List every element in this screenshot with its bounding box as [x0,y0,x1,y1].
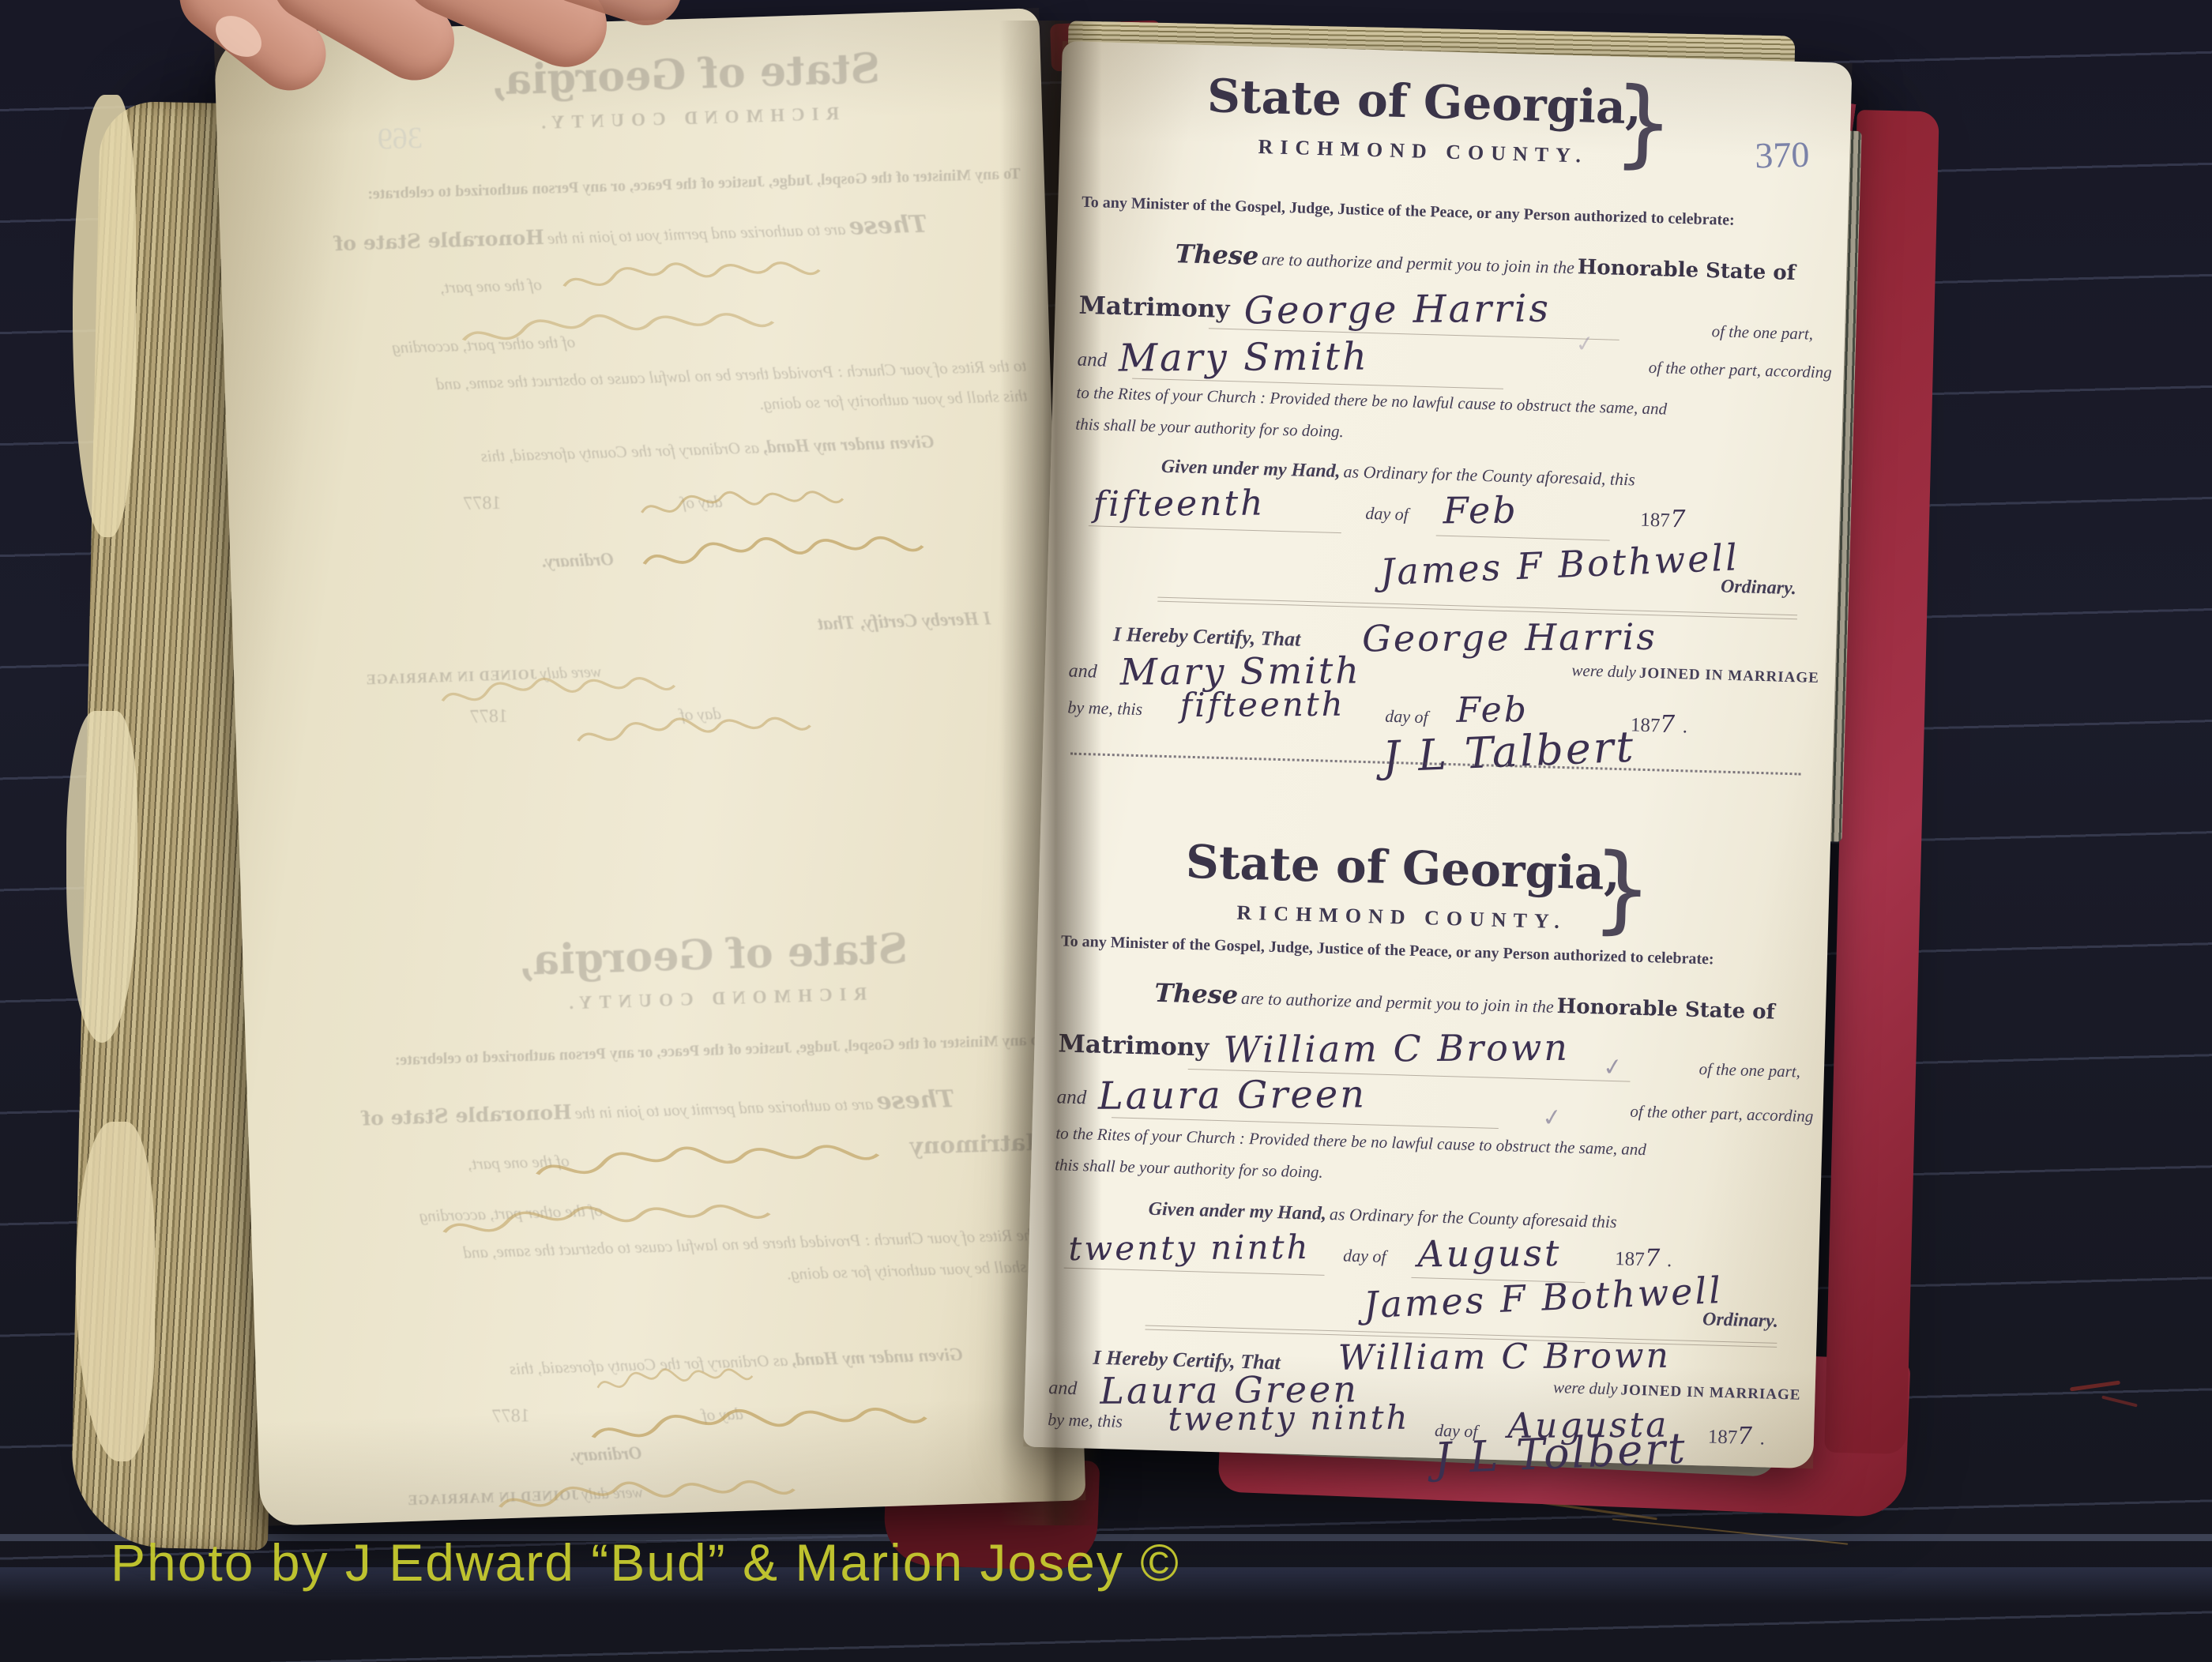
groom-name-handwritten: William C Brown [1223,1026,1570,1071]
mirrored-form-line: Given under my Hand, as Ordinary for the… [480,432,934,467]
mirrored-given-rest: as Ordinary for the County aforesaid, th… [510,1351,788,1378]
year-digit-handwritten: 7 [1737,1423,1755,1450]
year-digit-handwritten: 7 [1645,1244,1662,1272]
mirrored-were-duly: were duly [540,664,601,682]
year-suffix: . [1755,1427,1765,1449]
mirrored-these: These [876,1085,955,1115]
mirrored-county-text: RICHMOND COUNTY. [359,977,1070,1020]
authorize-text: are to authorize and permit you to join … [1262,249,1574,277]
year-suffix: . [1677,716,1687,737]
certificate-2-header: State of Georgia, RICHMOND COUNTY. [1038,831,1767,940]
photo-of-marriage-record-book: 369 State of Georgia, RICHMOND COUNTY. T… [0,0,2212,1662]
license-month-handwritten: Feb [1443,489,1518,532]
day-of-label: day of [1365,503,1409,525]
mirrored-form-line: These are to authorize and permit you to… [334,211,927,258]
checkmark: ✓ [1574,329,1596,358]
bride-name-handwritten: Mary Smith [1118,334,1368,380]
mirrored-honorable: Honorable State of [362,1100,572,1130]
bride-name-handwritten: Laura Green [1097,1072,1367,1118]
ordinary-signature-handwritten: James F Bothwell [1379,536,1740,593]
day-of-label: day of [1343,1246,1386,1268]
mirrored-form-line: of the one part, [468,1151,570,1174]
mirrored-form-line: were duly JOINED IN MARRIAGE [365,664,601,689]
joined-label: JOINED IN MARRIAGE [1620,1382,1801,1403]
mirrored-form-line: of the one part, [440,275,542,298]
honorable-label: Honorable State of [1556,995,1775,1025]
mirrored-form-line: To any Minister of the Gospel, Judge, Ju… [394,1031,1048,1070]
year-digit-handwritten: 7 [1660,711,1677,739]
mirrored-form-line: this shall be your authority for so doin… [759,386,1028,415]
groom-line: Matrimony William C Brown [1058,1017,1570,1074]
mirrored-form-line: day of [702,1404,744,1426]
bride-line: and Mary Smith [1077,331,1369,383]
checkmark: ✓ [1540,1104,1563,1134]
left-page: 369 State of Georgia, RICHMOND COUNTY. T… [214,8,1086,1526]
day-of-label: day of [1385,706,1428,728]
were-duly-label: were duly [1553,1378,1618,1398]
honorable-label: Honorable State of [1577,255,1796,285]
groom-name-handwritten: William C Brown [1338,1336,1672,1378]
given-bold: Given ander my Hand, [1148,1199,1326,1224]
mirrored-given: Given under my Hand, [762,432,935,457]
were-duly-label: were duly [1571,660,1636,681]
certify-label: I Hereby Certify, That [1113,622,1301,652]
deckle-bump [73,95,136,537]
mirrored-form-line: day of [680,704,722,725]
mirrored-state-text: State of Georgia, [517,925,908,985]
given-rest: as Ordinary for the County aforesaid thi… [1330,1204,1617,1231]
authorize-line: These are to authorize and permit you to… [1154,978,1775,1025]
license-day-handwritten: fifteenth [1093,483,1266,525]
state-header: State of Georgia, [1206,69,1642,134]
mirrored-joined: JOINED IN MARRIAGE [365,666,537,687]
officiant-signature-handwritten: J L Talbert [1382,721,1637,781]
header-brace: } [1590,833,1653,945]
right-page: 370 State of Georgia, RICHMOND COUNTY. }… [1023,41,1852,1468]
year-printed: 187 [1640,510,1670,532]
joined-label: JOINED IN MARRIAGE [1639,665,1820,686]
address-line: To any Minister of the Gospel, Judge, Ju… [1082,194,1735,230]
mirrored-form-line: were duly JOINED IN MARRIAGE [407,1484,643,1510]
mirrored-joined: JOINED IN MARRIAGE [407,1487,579,1508]
county-header: RICHMOND COUNTY. [1059,130,1786,174]
one-part-label: of the one part, [1711,321,1813,344]
these-label: These [1154,978,1239,1010]
mirrored-form-line: of the other part, according [392,333,576,358]
authority-line: this shall be your authority for so doin… [1075,415,1344,442]
mirrored-form-line: Given under my Hand, as Ordinary for the… [510,1344,963,1379]
rites-line: to the Rites of your Church : Provided t… [1076,383,1667,419]
mirrored-given: Given under my Hand, [791,1344,963,1370]
mirrored-form-line: day of [681,492,723,513]
mirrored-bleedthrough-text: 369 State of Georgia, RICHMOND COUNTY. T… [214,8,1086,1526]
mirrored-given-rest: as Ordinary for the County aforesaid, th… [480,438,759,465]
year-digit-handwritten: 7 [1670,506,1687,533]
year-printed: 187 [1708,1427,1738,1449]
deckle-bump [66,711,137,1043]
mirrored-form-line: These are to authorize and permit you to… [362,1085,955,1132]
county-header: RICHMOND COUNTY. [1038,896,1765,940]
book-gutter-shadow [999,21,1102,1525]
given-rest: as Ordinary for the County aforesaid, th… [1343,461,1635,489]
photographer-watermark: Photo by J Edward “Bud” & Marion Josey © [111,1532,1180,1592]
these-label: These [1175,239,1259,271]
groom-name-handwritten: George Harris [1362,615,1657,660]
other-part-label: of the other part, according [1630,1102,1814,1126]
marriage-year: 1877 . [1707,1422,1765,1451]
mirrored-form-line: Ordinary. [569,1443,642,1466]
mirrored-authorize: are to authorize and permit you to join … [547,220,846,248]
hand [170,0,644,112]
mirrored-form-line: of the other part, according [419,1201,603,1226]
certificate-1-header: State of Georgia, RICHMOND COUNTY. [1059,65,1789,174]
ordinary-label: Ordinary. [1702,1309,1779,1333]
other-part-label: of the other part, according [1648,358,1832,382]
year-suffix: . [1661,1250,1672,1271]
marriage-year: 1877 . [1631,709,1688,739]
license-year: 1877 . [1615,1243,1672,1273]
state-header: State of Georgia, [1185,835,1621,901]
year-printed: 187 [1615,1248,1645,1270]
mirrored-honorable: Honorable State of [334,226,544,255]
marriage-month-handwritten: Feb [1456,690,1529,731]
marriage-day-handwritten: twenty ninth [1168,1398,1409,1438]
mirrored-year: 1877 [470,706,509,728]
bride-line: and Laura Green [1056,1068,1367,1121]
mirrored-form-line: To any Minister of the Gospel, Judge, Ju… [367,165,1021,204]
mirrored-form-line: I Hereby Certify, That [818,608,991,635]
checkmark: ✓ [1601,1053,1624,1083]
license-year: 1877 [1640,505,1688,534]
ordinary-label: Ordinary. [1721,577,1797,600]
mirrored-year: 1877 [463,493,502,515]
groom-line: Matrimony George Harris [1078,279,1552,337]
officiant-signature-handwritten: J L Tolbert [1433,1423,1688,1483]
one-part-label: of the one part, [1698,1059,1800,1082]
mirrored-form-line: to the Rites of your Church : Provided t… [463,1224,1054,1262]
groom-name-handwritten: George Harris [1243,287,1551,333]
mirrored-form-line: Ordinary. [541,549,615,572]
ordinary-signature-handwritten: James F Bothwell [1363,1269,1724,1326]
mirrored-authorize: are to authorize and permit you to join … [574,1094,873,1122]
mirrored-these: These [848,211,927,241]
mirrored-were-duly: were duly [581,1484,643,1503]
marriage-day-handwritten: fifteenth [1179,685,1345,724]
authorize-line: These are to authorize and permit you to… [1175,239,1796,286]
mirrored-state-header: State of Georgia, RICHMOND COUNTY. [357,919,1070,1020]
mirrored-year: 1877 [491,1405,530,1427]
given-bold: Given under my Hand, [1161,457,1341,482]
authorize-text: are to authorize and permit you to join … [1241,988,1554,1017]
header-brace: } [1612,68,1675,179]
